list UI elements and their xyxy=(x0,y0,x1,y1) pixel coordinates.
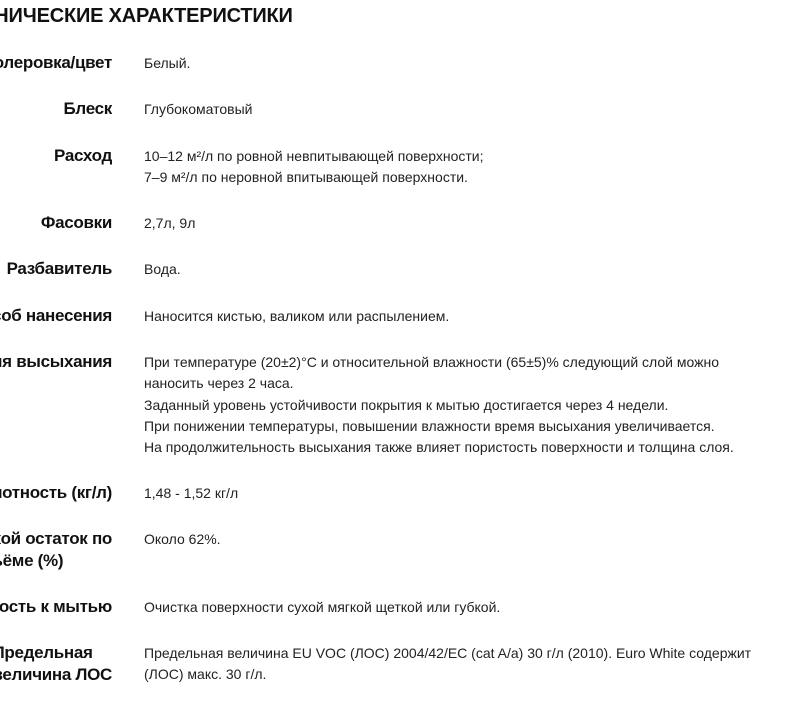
spec-value: Около 62%. xyxy=(144,529,221,550)
spec-value-line: Глубокоматовый xyxy=(144,99,252,120)
spec-value: Глубокоматовый xyxy=(144,99,252,120)
spec-value-line: Около 62%. xyxy=(144,529,221,550)
spec-label: Сухой остаток пообъёме (%) xyxy=(0,528,112,571)
spec-label: Колеровка/цвет xyxy=(0,52,112,74)
spec-label-line: Расход xyxy=(54,145,112,167)
spec-label-line: Способ нанесения xyxy=(0,305,112,327)
spec-value-line: Вода. xyxy=(144,259,181,280)
spec-value-line: Белый. xyxy=(144,53,190,74)
spec-value-line: Заданный уровень устойчивости покрытия к… xyxy=(144,395,734,416)
spec-label-line: величина ЛОС xyxy=(0,664,112,686)
spec-value-line: наносить через 2 часа. xyxy=(144,373,734,394)
spec-value: Очистка поверхности сухой мягкой щеткой … xyxy=(144,597,500,618)
spec-label: Плотность (кг/л) xyxy=(0,482,112,504)
spec-value: Белый. xyxy=(144,53,190,74)
spec-value: Вода. xyxy=(144,259,181,280)
spec-value: Наносится кистью, валиком или распыление… xyxy=(144,306,449,327)
spec-label: Время высыхания xyxy=(0,351,112,373)
spec-label-line: Плотность (кг/л) xyxy=(0,482,112,504)
spec-label: Способ нанесения xyxy=(0,305,112,327)
section-title: ТЕХНИЧЕСКИЕ ХАРАКТЕРИСТИКИ xyxy=(0,5,293,28)
spec-label-line: Разбавитель xyxy=(7,258,112,280)
spec-value: Предельная величина EU VOC (ЛОС) 2004/42… xyxy=(144,643,751,686)
spec-value-line: 10–12 м²/л по ровной невпитывающей повер… xyxy=(144,146,484,167)
spec-label-line: Колеровка/цвет xyxy=(0,52,112,74)
spec-value-line: Предельная величина EU VOC (ЛОС) 2004/42… xyxy=(144,643,751,664)
spec-label-line: Время высыхания xyxy=(0,351,112,373)
spec-label: Расход xyxy=(54,145,112,167)
spec-label-line: Блеск xyxy=(64,98,113,120)
spec-value: 1,48 - 1,52 кг/л xyxy=(144,483,238,504)
spec-value-line: При понижении температуры, повышении вла… xyxy=(144,416,734,437)
spec-label: Стойкость к мытью xyxy=(0,596,112,618)
spec-value-line: 1,48 - 1,52 кг/л xyxy=(144,483,238,504)
spec-label: Блеск xyxy=(64,98,113,120)
spec-value-line: (ЛОС) макс. 30 г/л. xyxy=(144,664,751,685)
spec-label: Предельнаявеличина ЛОС xyxy=(0,642,112,685)
spec-value-line: На продолжительность высыхания также вли… xyxy=(144,437,734,458)
spec-label-line: Предельная xyxy=(0,642,112,664)
spec-value: 10–12 м²/л по ровной невпитывающей повер… xyxy=(144,146,484,189)
spec-label-line: объёме (%) xyxy=(0,550,112,572)
spec-label: Фасовки xyxy=(41,212,112,234)
spec-value-line: 7–9 м²/л по неровной впитывающей поверхн… xyxy=(144,167,484,188)
spec-label-line: Стойкость к мытью xyxy=(0,596,112,618)
spec-value-line: При температуре (20±2)°С и относительной… xyxy=(144,352,734,373)
spec-value-line: Очистка поверхности сухой мягкой щеткой … xyxy=(144,597,500,618)
spec-label: Разбавитель xyxy=(7,258,112,280)
spec-label-line: Фасовки xyxy=(41,212,112,234)
spec-value: 2,7л, 9л xyxy=(144,213,195,234)
spec-value-line: Наносится кистью, валиком или распыление… xyxy=(144,306,449,327)
spec-value: При температуре (20±2)°С и относительной… xyxy=(144,352,734,458)
spec-value-line: 2,7л, 9л xyxy=(144,213,195,234)
spec-label-line: Сухой остаток по xyxy=(0,528,112,550)
